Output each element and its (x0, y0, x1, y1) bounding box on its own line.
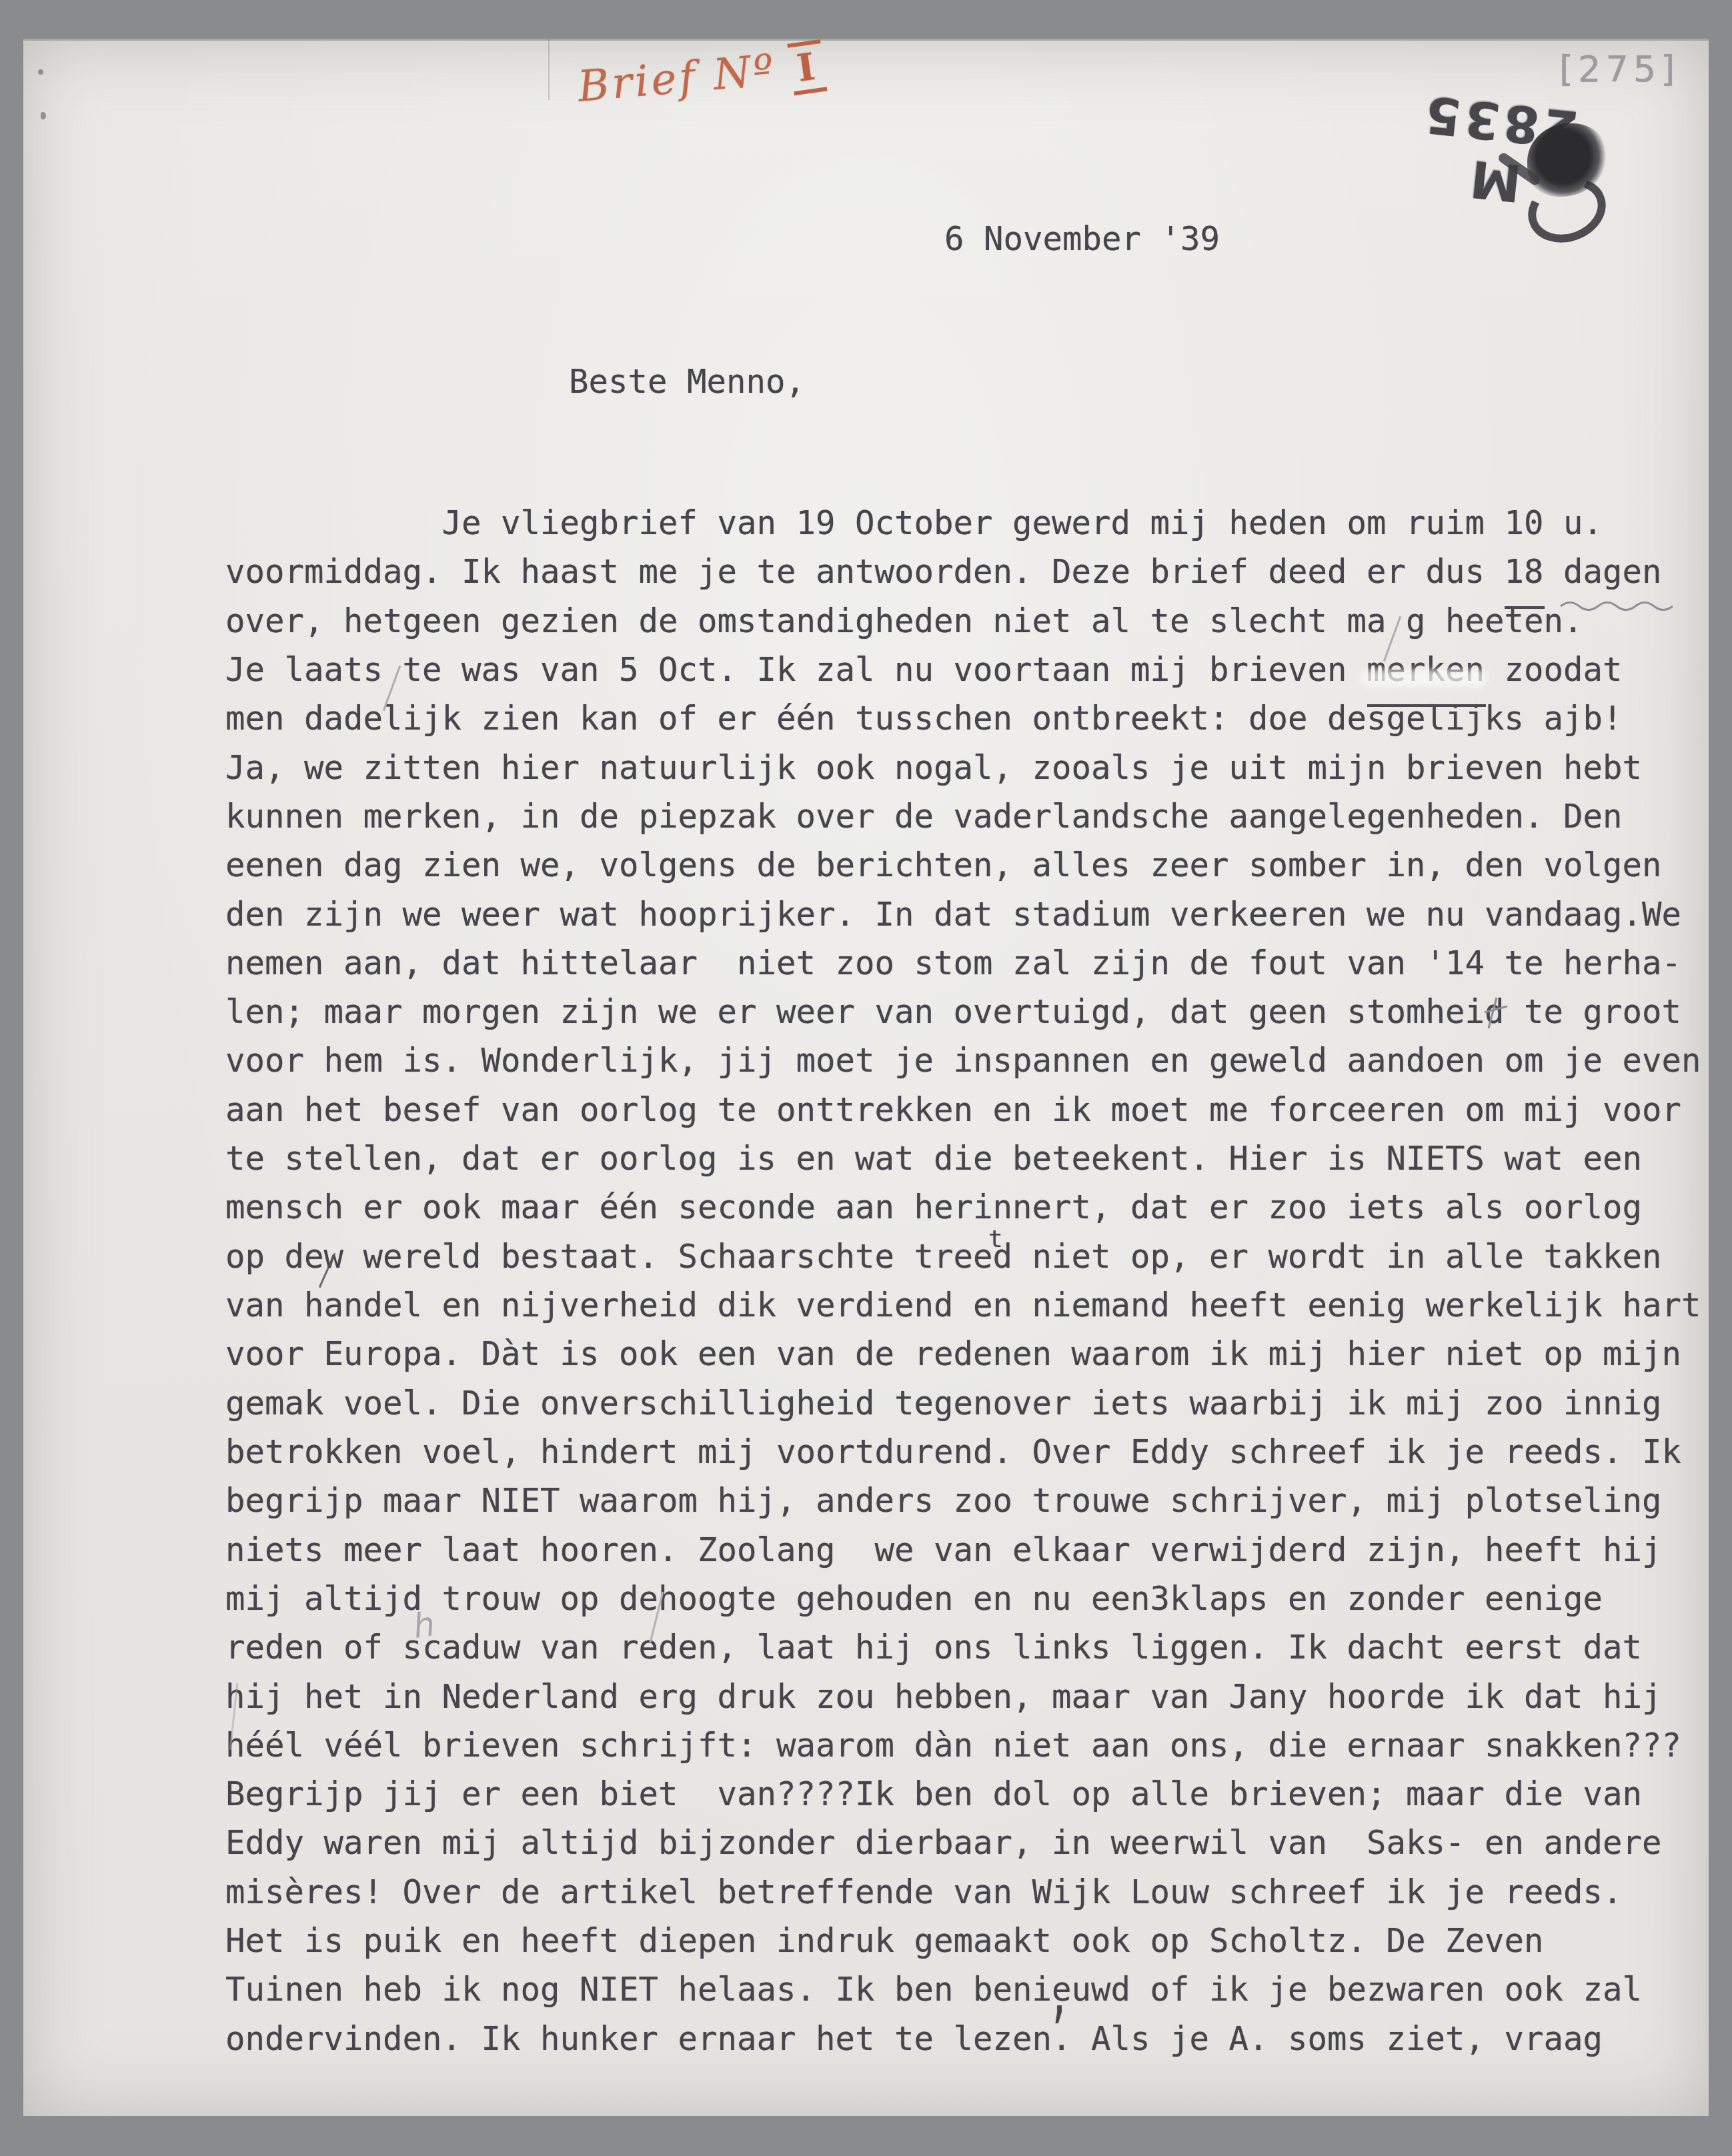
letter-line: voormiddag. Ik haast me je te antwoorden… (225, 548, 1701, 596)
letter-line: reden of scaduw van reden, laat hij ons … (225, 1623, 1701, 1672)
letter-line: van handel en nijverheid dik verdiend en… (225, 1281, 1701, 1330)
letter-date: 6 November '39 (944, 220, 1220, 258)
archive-page-number: [275] (1559, 48, 1679, 90)
erasure-smudge (1361, 670, 1487, 687)
paper-speck (38, 69, 43, 75)
letter-line: voor hem is. Wonderlijk, jij moet je ins… (225, 1036, 1701, 1085)
scanned-letter-page: { "document": { "archive_number": "[275]… (0, 0, 1732, 2156)
typed-insertion-t: t (988, 1226, 1003, 1253)
letter-body: Je vliegbrief van 19 October gewerd mij … (225, 499, 1701, 2063)
letter-line: op dew wereld bestaat. Schaarschte treed… (225, 1232, 1701, 1281)
letter-line: misères! Over de artikel betreffende van… (225, 1868, 1701, 1917)
letter-line: den zijn we weer wat hooprijker. In dat … (225, 890, 1701, 939)
letter-line: men dadelijk zien kan of er één tusschen… (225, 694, 1701, 743)
letter-line: mensch er ook maar één seconde aan herin… (225, 1183, 1701, 1232)
handwritten-comma: , (1048, 1958, 1070, 2029)
letter-line: kunnen merken, in de piepzak over de vad… (225, 792, 1701, 841)
letter-line: Begrijp jij er een biet van????Ik ben do… (225, 1770, 1701, 1819)
letter-line: Eddy waren mij altijd bijzonder dierbaar… (225, 1819, 1701, 1867)
letter-line: ondervinden. Ik hunker ernaar het te lez… (225, 2015, 1701, 2063)
paper-crease (548, 39, 550, 100)
pencil-scribble-correction (1482, 996, 1510, 1031)
letter-line: over, hetgeen gezien de omstandigheden n… (225, 597, 1701, 646)
letter-line: mij altijd trouw op dehoogte gehouden en… (225, 1574, 1701, 1623)
paper-speck (41, 112, 46, 119)
underline-mark-18 (1505, 606, 1545, 609)
letter-line: gemak voel. Die onverschilligheid tegeno… (225, 1379, 1701, 1428)
letter-line: aan het besef van oorlog te onttrekken e… (225, 1086, 1701, 1134)
letter-line: te stellen, dat er oorlog is en wat die … (225, 1134, 1701, 1183)
letter-line: Ja, we zitten hier natuurlijk ook nogal,… (225, 744, 1701, 792)
underline-mark-merken (1367, 704, 1486, 707)
letter-line: nemen aan, dat hittelaar niet zoo stom z… (225, 939, 1701, 988)
letter-line: Je vliegbrief van 19 October gewerd mij … (225, 499, 1701, 548)
letter-salutation: Beste Menno, (569, 363, 805, 401)
letter-line: eenen dag zien we, volgens de berichten,… (225, 841, 1701, 890)
letter-line: niets meer laat hooren. Zoolang we van e… (225, 1526, 1701, 1574)
letter-line: héél véél brieven schrijft: waarom dàn n… (225, 1721, 1701, 1770)
letter-line: voor Europa. Dàt is ook een van de reden… (225, 1330, 1701, 1378)
letter-line: Tuinen heb ik nog NIET helaas. Ik ben be… (225, 1965, 1701, 2014)
letter-line: Het is puik en heeft diepen indruk gemaa… (225, 1917, 1701, 1965)
letter-line: hij het in Nederland erg druk zou hebben… (225, 1673, 1701, 1721)
pencil-squiggle-underline (1559, 600, 1683, 611)
letter-number-numeral: I (787, 39, 828, 95)
letter-line: betrokken voel, hindert mij voortdurend.… (225, 1428, 1701, 1476)
letter-line: begrijp maar NIET waarom hij, anders zoo… (225, 1476, 1701, 1525)
letter-line: len; maar morgen zijn we er weer van ove… (225, 988, 1701, 1036)
